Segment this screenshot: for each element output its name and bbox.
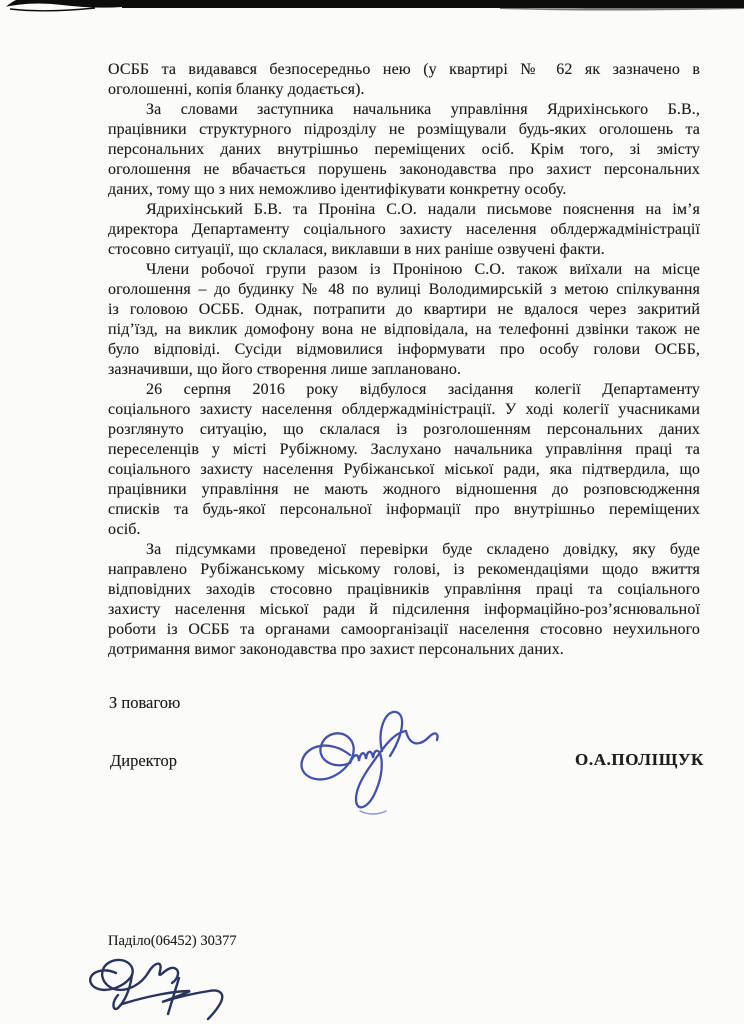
paragraph: Члени робочої групи разом із Проніною С.… bbox=[108, 260, 700, 380]
paragraph: ОСББ та видавався безпосередньо нею (у к… bbox=[108, 60, 700, 100]
text-line: направлено Рубіжанському міському голові… bbox=[108, 560, 700, 580]
text-line: Ядрихінський Б.В. та Проніна С.О. надали… bbox=[108, 200, 700, 220]
text-line: із головою ОСББ. Однак, потрапити до ква… bbox=[108, 300, 700, 320]
text-line: зазначивши, що його створення лише запла… bbox=[108, 360, 700, 380]
text-line: стосовно ситуації, що склалася, виклавши… bbox=[108, 240, 700, 260]
paragraph: Ядрихінський Б.В. та Проніна С.О. надали… bbox=[108, 200, 700, 260]
text-line: оголошенні, копія бланку додається). bbox=[108, 80, 700, 100]
text-line: Члени робочої групи разом із Проніною С.… bbox=[108, 260, 700, 280]
text-line: захисту населення міської ради й підсиле… bbox=[108, 600, 700, 620]
text-line: працівники управління не мають жодного в… bbox=[108, 480, 700, 500]
text-line: За підсумками проведеної перевірки буде … bbox=[108, 540, 700, 560]
text-line: ОСББ та видавався безпосередньо нею (у к… bbox=[108, 60, 700, 80]
text-line: персональних даних внутрішньо переміщени… bbox=[108, 140, 700, 160]
paragraph: За словами заступника начальника управлі… bbox=[108, 100, 700, 200]
text-line: під’їзд, на виклик домофону вона не відп… bbox=[108, 320, 700, 340]
scanned-letter-page: ОСББ та видавався безпосередньо нею (у к… bbox=[0, 0, 744, 1024]
director-signature bbox=[290, 703, 460, 823]
text-line: роботи із ОСББ та органами самоорганізац… bbox=[108, 620, 700, 640]
text-line: розглянуто ситуацію, що склалася із розг… bbox=[108, 420, 700, 440]
signer-name: О.А.ПОЛІЩУК bbox=[575, 750, 704, 770]
scan-edge-artifact bbox=[0, 0, 744, 16]
text-line: осіб. bbox=[108, 520, 700, 540]
text-line: переселенців у місті Рубіжному. Заслухан… bbox=[108, 440, 700, 460]
text-line: списків та будь-якої персональної інформ… bbox=[108, 500, 700, 520]
closing-salutation: З повагою bbox=[109, 693, 180, 713]
text-line: директора Департаменту соціального захис… bbox=[108, 220, 700, 240]
paragraph: 26 серпня 2016 року відбулося засідання … bbox=[108, 380, 700, 540]
text-line: 26 серпня 2016 року відбулося засідання … bbox=[108, 380, 700, 400]
text-line: даних, тому що з них неможливо ідентифік… bbox=[108, 180, 700, 200]
text-line: оголошення – до будинку № 48 по вулиці В… bbox=[108, 280, 700, 300]
text-line: соціального захисту населення облдержадм… bbox=[108, 400, 700, 420]
text-line: За словами заступника начальника управлі… bbox=[108, 100, 700, 120]
footer-signature bbox=[78, 945, 268, 1023]
text-line: працівники структурного підрозділу не ро… bbox=[108, 120, 700, 140]
paragraph: За підсумками проведеної перевірки буде … bbox=[108, 540, 700, 660]
signer-title: Директор bbox=[110, 751, 177, 771]
document-body: ОСББ та видавався безпосередньо нею (у к… bbox=[108, 60, 700, 660]
text-line: відповідних заходів стосовно працівників… bbox=[108, 580, 700, 600]
text-line: оголошення не вбачається порушень законо… bbox=[108, 160, 700, 180]
text-line: було відповіді. Сусіди відмовилися інфор… bbox=[108, 340, 700, 360]
text-line: соціального захисту населення Рубіжанськ… bbox=[108, 460, 700, 480]
text-line: дотримання вимог законодавства про захис… bbox=[108, 640, 700, 660]
